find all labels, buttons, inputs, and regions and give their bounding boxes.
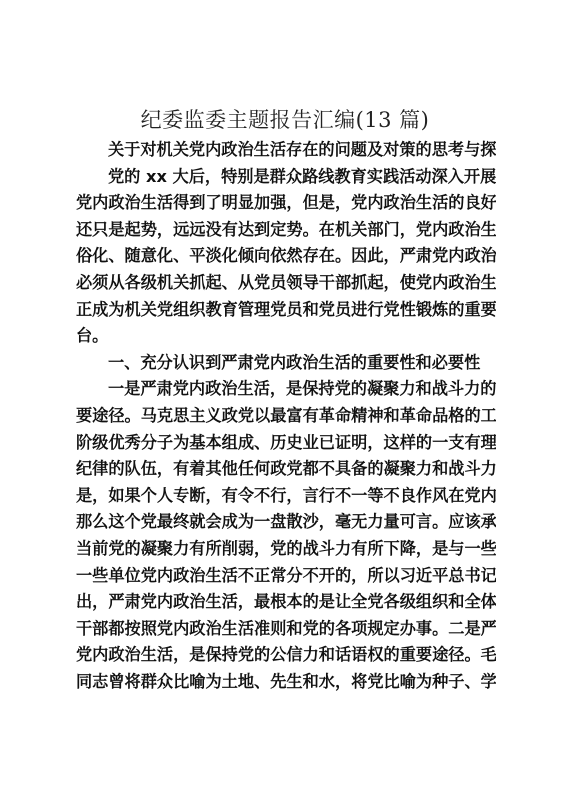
text-line: 正成为机关党组织教育管理党员和党员进行党性锻炼的重要平 xyxy=(76,297,496,324)
text-line: 同志曾将群众比喻为土地、先生和水，将党比喻为种子、学生和 xyxy=(76,669,496,696)
text-line: 出，严肃党内政治生活，最根本的是让全党各级组织和全体党员、 xyxy=(76,589,496,616)
text-line: 台。 xyxy=(76,323,496,350)
document-page: 纪委监委主题报告汇编(13 篇) 关于对机关党内政治生活存在的问题及对策的思考与… xyxy=(0,0,570,807)
text-line: 阶级优秀分子为基本组成、历史业已证明，这样的一支有理想有 xyxy=(76,430,496,457)
paragraph-2: 一是严肃党内政治生活，是保持党的凝聚力和战斗力的重 要途径。马克思主义政党以最富… xyxy=(76,376,496,695)
text-line: 是，如果个人专断，有令不行，言行不一等不良作风在党内盛行， xyxy=(76,483,496,510)
text-line: 必须从各级机关抓起、从党员领导干部抓起，使党内政治生活真 xyxy=(76,270,496,297)
text-line: 一些单位党内政治生活不正常分不开的，所以习近平总书记指 xyxy=(76,563,496,590)
subtitle: 关于对机关党内政治生活存在的问题及对策的思考与探索 xyxy=(76,137,496,164)
paragraph-1: 党的 xx 大后，特别是群众路线教育实践活动深入开展以来， 党内政治生活得到了明… xyxy=(76,164,496,350)
text-line: 还只是起势，远远没有达到定势。在机关部门，党内政治生活庸 xyxy=(76,217,496,244)
text-line: 干部都按照党内政治生活准则和党的各项规定办事。二是严肃 xyxy=(76,616,496,643)
text-line: 党的 xx 大后，特别是群众路线教育实践活动深入开展以来， xyxy=(76,164,496,191)
text-line: 要途径。马克思主义政党以最富有革命精神和革命品格的工人 xyxy=(76,403,496,430)
section-heading: 一、充分认识到严肃党内政治生活的重要性和必要性 xyxy=(76,350,496,377)
document-body: 关于对机关党内政治生活存在的问题及对策的思考与探索 党的 xx 大后，特别是群众… xyxy=(76,137,496,695)
text-line: 党内政治生活，是保持党的公信力和话语权的重要途径。毛泽东 xyxy=(76,642,496,669)
text-line: 党内政治生活得到了明显加强，但是，党内政治生活的良好局面， xyxy=(76,190,496,217)
text-line: 俗化、随意化、平淡化倾向依然存在。因此，严肃党内政治生活 xyxy=(76,243,496,270)
text-line: 当前党的凝聚力有所削弱，党的战斗力有所下降，是与一些地方 xyxy=(76,536,496,563)
text-line: 纪律的队伍，有着其他任何政党都不具备的凝聚力和战斗力。但 xyxy=(76,456,496,483)
text-line: 那么这个党最终就会成为一盘散沙，毫无力量可言。应该承认， xyxy=(76,509,496,536)
document-title: 纪委监委主题报告汇编(13 篇) xyxy=(0,104,570,134)
text-line: 一是严肃党内政治生活，是保持党的凝聚力和战斗力的重 xyxy=(76,376,496,403)
